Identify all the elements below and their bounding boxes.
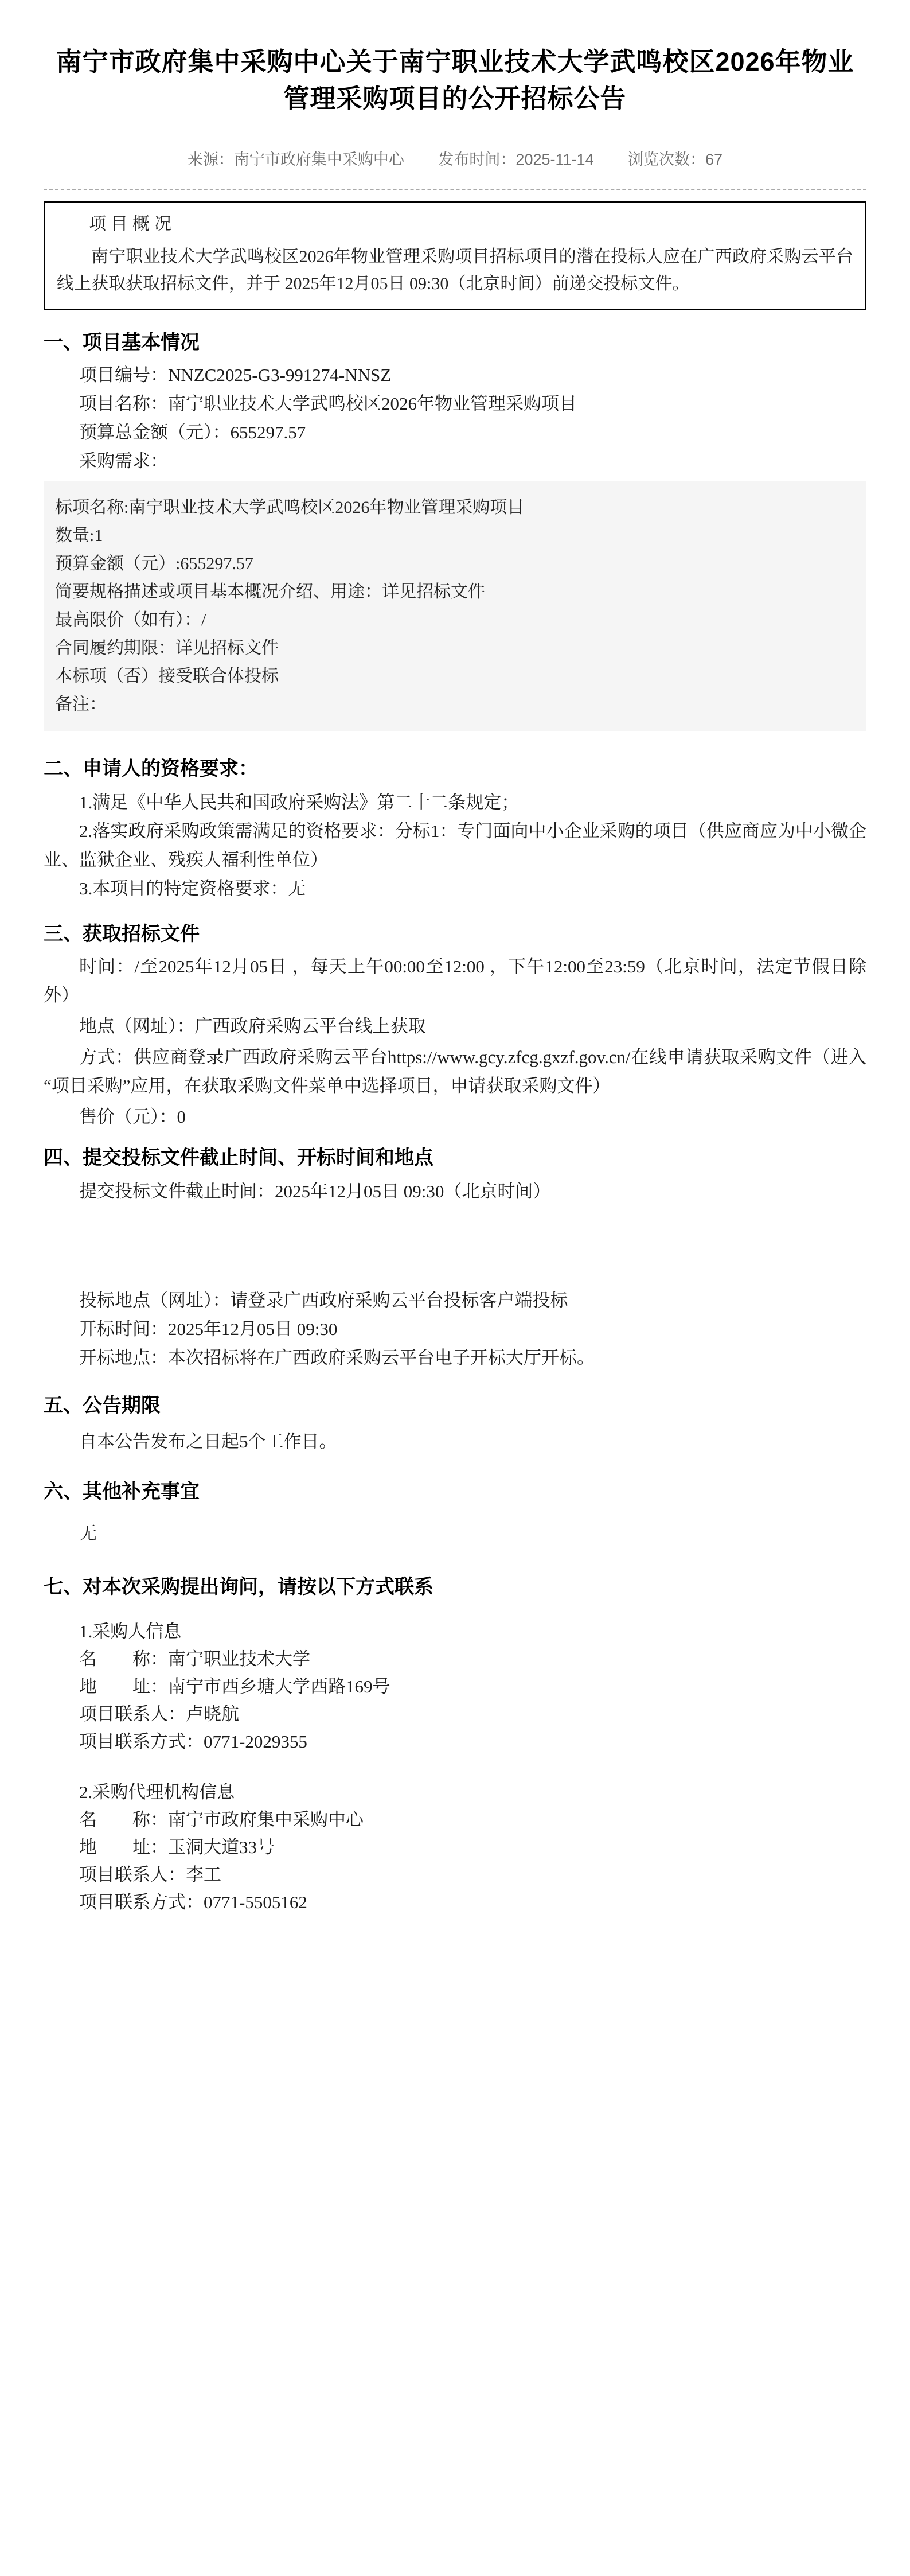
lot-price-cap-line: 最高限价（如有）：/: [55, 606, 853, 634]
bid-deadline-line: 提交投标文件截止时间：2025年12月05日 09:30（北京时间）: [44, 1177, 866, 1206]
purchaser-address-line: 地 址：南宁市西乡塘大学西路169号: [44, 1673, 866, 1701]
qualification-item-2: 2.落实政府采购政策需满足的资格要求：分标1：专门面向中小企业采购的项目（供应商…: [44, 817, 866, 874]
meta-publish-time: 发布时间：2025-11-14: [438, 151, 593, 168]
purchaser-phone-line: 项目联系方式：0771-2029355: [44, 1728, 866, 1756]
meta-source: 来源：南宁市政府集中采购中心: [188, 151, 404, 168]
obtain-time-line: 时间：/至2025年12月05日 ，每天上午00:00至12:00 ，下午12:…: [44, 952, 866, 1010]
qualification-item-3: 3.本项目的特定资格要求：无: [44, 874, 866, 903]
supplementary-body: 无: [44, 1519, 866, 1548]
lot-quantity-line: 数量:1: [55, 522, 853, 550]
purchaser-info-block: 1.采购人信息 名 称：南宁职业技术大学 地 址：南宁市西乡塘大学西路169号 …: [44, 1618, 866, 1756]
bid-opening-place-line: 开标地点：本次招标将在广西政府采购云平台电子开标大厅开标。: [44, 1344, 866, 1372]
agency-address-line: 地 址：玉洞大道33号: [44, 1834, 866, 1861]
lot-name-line: 标项名称:南宁职业技术大学武鸣校区2026年物业管理采购项目: [55, 493, 853, 522]
contact-spacer: [44, 1756, 866, 1779]
page-title: 南宁市政府集中采购中心关于南宁职业技术大学武鸣校区2026年物业管理采购项目的公…: [0, 0, 910, 117]
announcement-page: 南宁市政府集中采购中心关于南宁职业技术大学武鸣校区2026年物业管理采购项目的公…: [0, 0, 910, 1916]
overview-box: 项目概况 南宁职业技术大学武鸣校区2026年物业管理采购项目招标项目的潜在投标人…: [44, 201, 866, 310]
document-price-line: 售价（元）：0: [44, 1103, 866, 1131]
obtain-method-line: 方式：供应商登录广西政府采购云平台https://www.gcy.zfcg.gx…: [44, 1043, 866, 1100]
section-7-heading: 七、对本次采购提出询问，请按以下方式联系: [44, 1574, 866, 1600]
section-3-list: 时间：/至2025年12月05日 ，每天上午00:00至12:00 ，下午12:…: [44, 952, 866, 1131]
purchaser-info-title: 1.采购人信息: [44, 1618, 866, 1645]
budget-total-line: 预算总金额（元）：655297.57: [44, 418, 866, 447]
lot-contract-term-line: 合同履约期限：详见招标文件: [55, 634, 853, 662]
section-3-heading: 三、获取招标文件: [44, 921, 866, 947]
lot-remark-line: 备注：: [55, 690, 853, 718]
purchaser-name-line: 名 称：南宁职业技术大学: [44, 1645, 866, 1673]
lot-info-box: 标项名称:南宁职业技术大学武鸣校区2026年物业管理采购项目 数量:1 预算金额…: [44, 481, 866, 731]
agency-info-title: 2.采购代理机构信息: [44, 1779, 866, 1806]
section-2-heading: 二、申请人的资格要求：: [44, 756, 866, 781]
lot-consortium-line: 本标项（否）接受联合体投标: [55, 662, 853, 690]
section-4-spacer: [44, 1206, 866, 1286]
procurement-demand-label: 采购需求：: [44, 447, 866, 476]
project-number-line: 项目编号：NNZC2025-G3-991274-NNSZ: [44, 361, 866, 390]
announcement-period-body: 自本公告发布之日起5个工作日。: [44, 1427, 866, 1456]
section-1-list: 项目编号：NNZC2025-G3-991274-NNSZ 项目名称：南宁职业技术…: [44, 361, 866, 476]
overview-body: 南宁职业技术大学武鸣校区2026年物业管理采购项目招标项目的潜在投标人应在广西政…: [57, 243, 853, 297]
bid-location-line: 投标地点（网址）：请登录广西政府采购云平台投标客户端投标: [44, 1286, 866, 1315]
obtain-place-line: 地点（网址）：广西政府采购云平台线上获取: [44, 1012, 866, 1041]
project-name-line: 项目名称：南宁职业技术大学武鸣校区2026年物业管理采购项目: [44, 390, 866, 418]
section-4-list: 投标地点（网址）：请登录广西政府采购云平台投标客户端投标 开标时间：2025年1…: [44, 1286, 866, 1372]
purchaser-contact-line: 项目联系人：卢晓航: [44, 1701, 866, 1728]
bid-opening-time-line: 开标时间：2025年12月05日 09:30: [44, 1315, 866, 1344]
divider: [44, 189, 866, 190]
meta-view-count: 浏览次数：67: [628, 151, 722, 168]
lot-spec-line: 简要规格描述或项目基本概况介绍、用途：详见招标文件: [55, 578, 853, 606]
meta-row: 来源：南宁市政府集中采购中心 发布时间：2025-11-14 浏览次数：67: [0, 151, 910, 168]
qualification-item-1: 1.满足《中华人民共和国政府采购法》第二十二条规定；: [44, 788, 866, 817]
section-5-heading: 五、公告期限: [44, 1393, 866, 1418]
lot-budget-line: 预算金额（元）:655297.57: [55, 550, 853, 578]
agency-info-block: 2.采购代理机构信息 名 称：南宁市政府集中采购中心 地 址：玉洞大道33号 项…: [44, 1779, 866, 1916]
agency-contact-line: 项目联系人：李工: [44, 1861, 866, 1889]
overview-heading: 项目概况: [89, 213, 853, 235]
agency-phone-line: 项目联系方式：0771-5505162: [44, 1889, 866, 1916]
agency-name-line: 名 称：南宁市政府集中采购中心: [44, 1806, 866, 1834]
section-2-list: 1.满足《中华人民共和国政府采购法》第二十二条规定； 2.落实政府采购政策需满足…: [44, 788, 866, 903]
section-4-heading: 四、提交投标文件截止时间、开标时间和地点: [44, 1145, 866, 1170]
section-1-heading: 一、项目基本情况: [44, 330, 866, 355]
section-6-heading: 六、其他补充事宜: [44, 1479, 866, 1504]
document-body: 项目概况 南宁职业技术大学武鸣校区2026年物业管理采购项目招标项目的潜在投标人…: [0, 201, 910, 1916]
